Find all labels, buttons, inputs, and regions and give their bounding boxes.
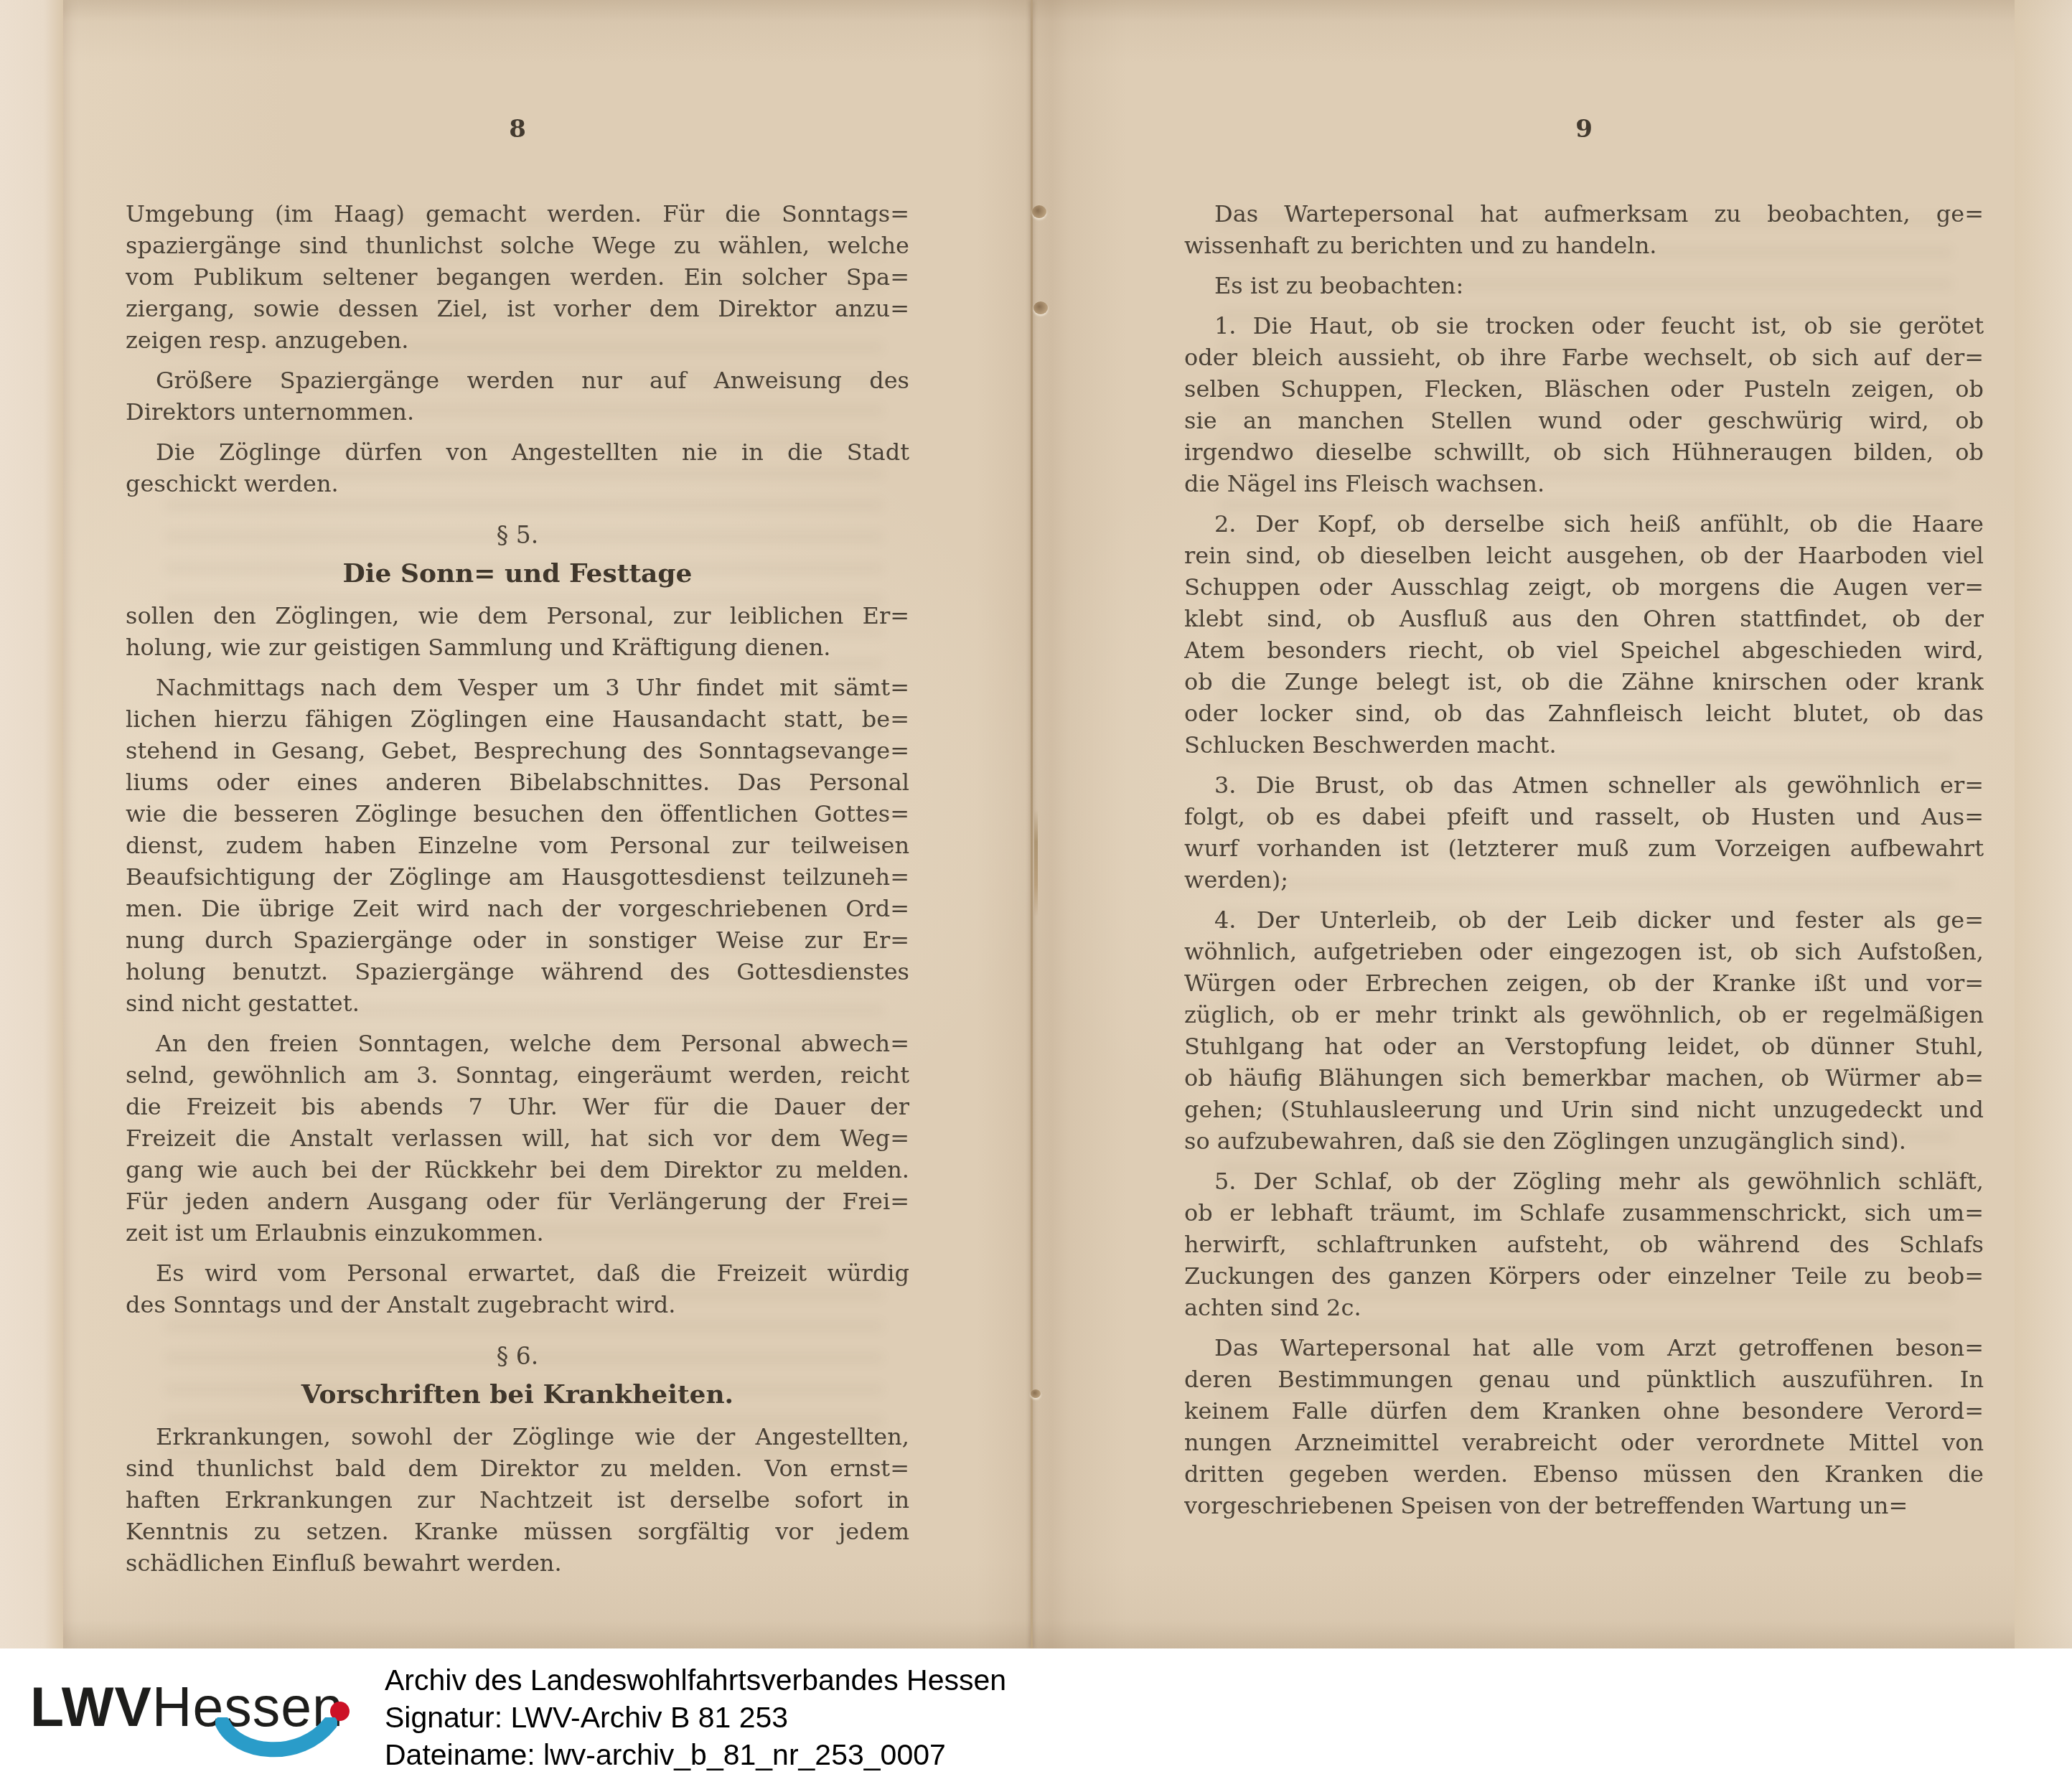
text-line: 2. Der Kopf, ob derselbe sich heiß anfüh…	[1184, 508, 1984, 540]
text-line: Für jeden andern Ausgang oder für Verlän…	[126, 1186, 909, 1217]
text-line: sollen den Zöglingen, wie dem Personal, …	[126, 600, 909, 632]
text-line: holung, wie zur geistigen Sammlung und K…	[126, 632, 909, 663]
text-line: deren Bestimmungen genau und pünktlich a…	[1184, 1364, 1984, 1395]
paragraph: Die Zöglinge dürfen von Angestellten nie…	[126, 436, 909, 499]
text-line: Freizeit die Anstalt verlassen will, hat…	[126, 1122, 909, 1154]
paragraph: Umgebung (im Haag) gemacht werden. Für d…	[126, 198, 909, 356]
text-line: Es wird vom Personal erwartet, daß die F…	[126, 1257, 909, 1289]
text-line: die Freizeit bis abends 7 Uhr. Wer für d…	[126, 1091, 909, 1122]
paragraph: 5. Der Schlaf, ob der Zögling mehr als g…	[1184, 1165, 1984, 1323]
text-line: 5. Der Schlaf, ob der Zögling mehr als g…	[1184, 1165, 1984, 1197]
paragraph: Erkrankungen, sowohl der Zöglinge wie de…	[126, 1421, 909, 1579]
text-line: gehen; (Stuhlausleerung und Urin sind ni…	[1184, 1094, 1984, 1125]
section-heading: Die Sonn= und Festtage	[126, 557, 909, 590]
text-line: oder locker sind, ob das Zahnfleisch lei…	[1184, 698, 1984, 729]
text-line: wie die besseren Zöglinge besuchen den ö…	[126, 798, 909, 830]
binding-thread	[1034, 810, 1038, 917]
section-number: § 6.	[126, 1341, 909, 1372]
text-line: geschickt werden.	[126, 468, 909, 499]
text-line: An den freien Sonntagen, welche dem Pers…	[126, 1028, 909, 1059]
text-line: Es ist zu beobachten:	[1184, 270, 1984, 301]
text-line: schädlichen Einfluß bewahrt werden.	[126, 1547, 909, 1579]
text-line: die Nägel ins Fleisch wachsen.	[1184, 468, 1984, 499]
stitch-hole	[1032, 205, 1046, 218]
text-line: oder bleich aussieht, ob ihre Farbe wech…	[1184, 342, 1984, 373]
text-line: Schlucken Beschwerden macht.	[1184, 729, 1984, 761]
text-line: Erkrankungen, sowohl der Zöglinge wie de…	[126, 1421, 909, 1453]
book-page-9: 9 Das Wartepersonal hat aufmerksam zu be…	[1184, 115, 1984, 1521]
text-line: des Sonntags und der Anstalt zugebracht …	[126, 1289, 909, 1320]
book-gutter-crease	[1031, 0, 1033, 1648]
page-number: 9	[1184, 115, 1984, 144]
text-line: 4. Der Unterleib, ob der Leib dicker und…	[1184, 904, 1984, 936]
text-line: Die Zöglinge dürfen von Angestellten nie…	[126, 436, 909, 468]
text-line: Zuckungen des ganzen Körpers oder einzel…	[1184, 1260, 1984, 1292]
text-line: gang wie auch bei der Rückkehr bei dem D…	[126, 1154, 909, 1186]
text-line: achten sind 2c.	[1184, 1292, 1984, 1323]
text-line: dienst, zudem haben Einzelne vom Persona…	[126, 830, 909, 861]
text-line: liums oder eines anderen Bibelabschnitte…	[126, 766, 909, 798]
section-heading: Vorschriften bei Krankheiten.	[126, 1378, 909, 1411]
text-line: herwirft, schlaftrunken aufsteht, ob wäh…	[1184, 1229, 1984, 1260]
page-number: 8	[126, 115, 909, 144]
text-line: men. Die übrige Zeit wird nach der vorge…	[126, 893, 909, 924]
text-line: nung durch Spaziergänge oder in sonstige…	[126, 924, 909, 956]
text-line: folgt, ob es dabei pfeift und rasselt, o…	[1184, 801, 1984, 832]
paragraph: Nachmittags nach dem Vesper um 3 Uhr fin…	[126, 672, 909, 1019]
paragraph: Es wird vom Personal erwartet, daß die F…	[126, 1257, 909, 1320]
text-line: Nachmittags nach dem Vesper um 3 Uhr fin…	[126, 672, 909, 703]
paragraph: Größere Spaziergänge werden nur auf Anwe…	[126, 365, 909, 428]
paragraph: 4. Der Unterleib, ob der Leib dicker und…	[1184, 904, 1984, 1157]
page-right-edge	[2015, 0, 2072, 1648]
text-line: sind nicht gestattet.	[126, 988, 909, 1019]
text-line: haften Erkrankungen zur Nachtzeit ist de…	[126, 1484, 909, 1516]
text-line: spaziergänge sind thunlichst solche Wege…	[126, 230, 909, 261]
paragraph: Das Wartepersonal hat alle vom Arzt getr…	[1184, 1332, 1984, 1521]
text-line: ob er lebhaft träumt, im Schlafe zusamme…	[1184, 1197, 1984, 1229]
text-line: nungen Arzneimittel verabreicht oder ver…	[1184, 1427, 1984, 1458]
text-line: ziergang, sowie dessen Ziel, ist vorher …	[126, 293, 909, 324]
text-line: dritten gegeben werden. Ebenso müssen de…	[1184, 1458, 1984, 1490]
text-line: Atem besonders riecht, ob viel Speichel …	[1184, 634, 1984, 666]
text-line: Stuhlgang hat oder an Verstopfung leidet…	[1184, 1031, 1984, 1062]
text-line: 3. Die Brust, ob das Atmen schneller als…	[1184, 769, 1984, 801]
text-line: Das Wartepersonal hat alle vom Arzt getr…	[1184, 1332, 1984, 1364]
archive-signature: Signatur: LWV-Archiv B 81 253	[385, 1699, 1006, 1736]
text-line: Kenntnis zu setzen. Kranke müssen sorgfä…	[126, 1516, 909, 1547]
text-line: so aufzubewahren, daß sie den Zöglingen …	[1184, 1125, 1984, 1157]
text-line: sie an manchen Stellen wund oder geschwü…	[1184, 405, 1984, 436]
text-line: Direktors unternommen.	[126, 396, 909, 428]
archive-metadata: Archiv des Landeswohlfahrtsverbandes Hes…	[385, 1661, 1006, 1773]
text-line: Würgen oder Erbrechen zeigen, ob der Kra…	[1184, 967, 1984, 999]
text-line: ob die Zunge belegt ist, ob die Zähne kn…	[1184, 666, 1984, 698]
text-line: stehend in Gesang, Gebet, Besprechung de…	[126, 735, 909, 766]
text-line: holung benutzt. Spaziergänge während des…	[126, 956, 909, 988]
text-line: 1. Die Haut, ob sie trocken oder feucht …	[1184, 310, 1984, 342]
section-number: § 5.	[126, 520, 909, 551]
text-line: rein sind, ob dieselben leicht ausgehen,…	[1184, 540, 1984, 571]
text-line: wöhnlich, aufgetrieben oder eingezogen i…	[1184, 936, 1984, 967]
text-line: wissenhaft zu berichten und zu handeln.	[1184, 230, 1984, 261]
page-left-edge	[0, 0, 63, 1648]
text-line: lichen hierzu fähigen Zöglingen eine Hau…	[126, 703, 909, 735]
book-page-8: 8 Umgebung (im Haag) gemacht werden. Für…	[126, 115, 909, 1579]
text-line: klebt sind, ob Ausfluß aus den Ohren sta…	[1184, 603, 1984, 634]
text-line: vom Publikum seltener begangen werden. E…	[126, 261, 909, 293]
archive-footer: LWVHessen Archiv des Landeswohlfahrtsver…	[0, 1648, 2072, 1792]
stitch-hole	[1031, 1389, 1041, 1398]
paragraph: 3. Die Brust, ob das Atmen schneller als…	[1184, 769, 1984, 896]
text-line: züglich, ob er mehr trinkt als gewöhnlic…	[1184, 999, 1984, 1031]
text-line: werden);	[1184, 864, 1984, 896]
text-line: irgendwo dieselbe schwillt, ob sich Hühn…	[1184, 436, 1984, 468]
logo-lwv-text: LWV	[30, 1676, 152, 1738]
paragraph: 1. Die Haut, ob sie trocken oder feucht …	[1184, 310, 1984, 499]
logo-swoosh-icon	[215, 1717, 337, 1765]
text-line: wurf vorhanden ist (letzterer muß zum Vo…	[1184, 832, 1984, 864]
text-line: vorgeschriebenen Speisen von der betreff…	[1184, 1490, 1984, 1521]
text-line: Umgebung (im Haag) gemacht werden. Für d…	[126, 198, 909, 230]
text-line: Schuppen oder Ausschlag zeigt, ob morgen…	[1184, 571, 1984, 603]
text-line: ob häufig Blähungen sich bemerkbar mache…	[1184, 1062, 1984, 1094]
text-line: keinem Falle dürfen dem Kranken ohne bes…	[1184, 1395, 1984, 1427]
paragraph: 2. Der Kopf, ob derselbe sich heiß anfüh…	[1184, 508, 1984, 761]
paragraph: Das Wartepersonal hat aufmerksam zu beob…	[1184, 198, 1984, 261]
text-line: selben Schuppen, Flecken, Bläschen oder …	[1184, 373, 1984, 405]
paragraph: An den freien Sonntagen, welche dem Pers…	[126, 1028, 909, 1249]
text-line: Das Wartepersonal hat aufmerksam zu beob…	[1184, 198, 1984, 230]
archive-name: Archiv des Landeswohlfahrtsverbandes Hes…	[385, 1661, 1006, 1699]
paragraph: Es ist zu beobachten:	[1184, 270, 1984, 301]
text-line: sind thunlichst bald dem Direktor zu mel…	[126, 1453, 909, 1484]
text-line: Größere Spaziergänge werden nur auf Anwe…	[126, 365, 909, 396]
paragraph: sollen den Zöglingen, wie dem Personal, …	[126, 600, 909, 663]
text-line: selnd, gewöhnlich am 3. Sonntag, eingerä…	[126, 1059, 909, 1091]
text-line: zeit ist um Erlaubnis einzukommen.	[126, 1217, 909, 1249]
text-line: zeigen resp. anzugeben.	[126, 324, 909, 356]
book-gutter-shadow	[976, 0, 1127, 1648]
stitch-hole	[1033, 301, 1048, 314]
scanned-document: 8 Umgebung (im Haag) gemacht werden. Für…	[0, 0, 2072, 1792]
text-line: Beaufsichtigung der Zöglinge am Hausgott…	[126, 861, 909, 893]
archive-filename: Dateiname: lwv-archiv_b_81_nr_253_0007	[385, 1736, 1006, 1773]
